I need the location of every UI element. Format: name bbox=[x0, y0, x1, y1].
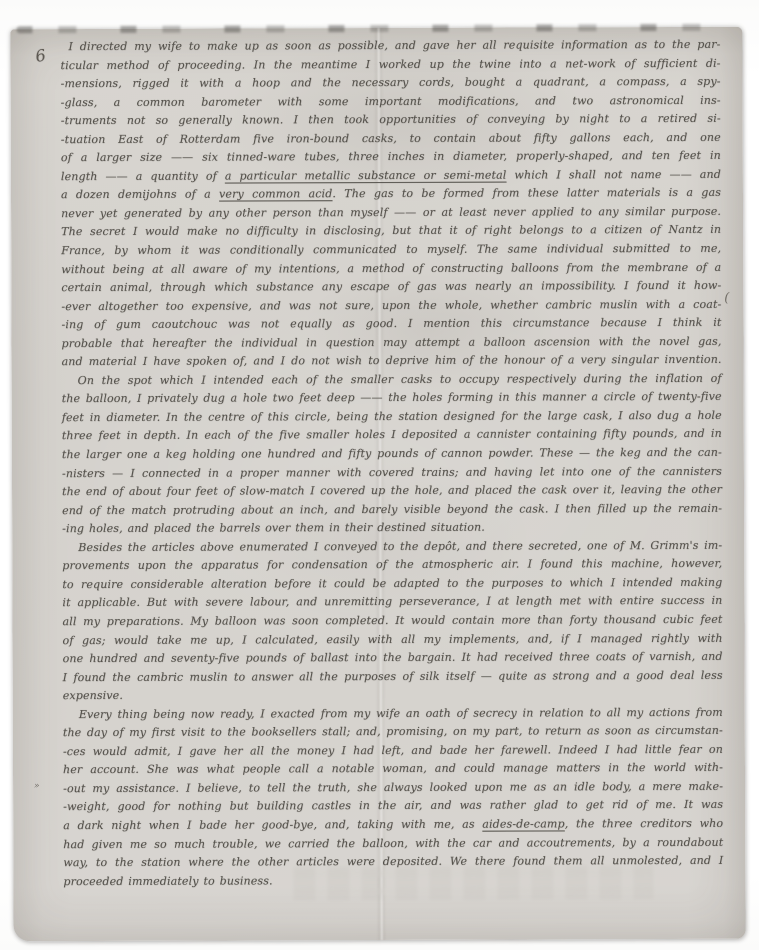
manuscript-line: -ing holes, and placed the barrels over … bbox=[62, 518, 722, 539]
manuscript-line: I directed my wife to make up as soon as… bbox=[60, 36, 720, 57]
manuscript-line: -out my assistance. I believe, to tell t… bbox=[63, 778, 723, 799]
manuscript-line: a dark night when I bade her good-bye, a… bbox=[63, 815, 723, 836]
manuscript-line: I found the cambric muslin to answer all… bbox=[63, 666, 723, 687]
manuscript-line: of gas; would take me up, I calculated, … bbox=[63, 629, 723, 650]
manuscript-line: -tuation East of Rotterdam five iron-bou… bbox=[61, 129, 721, 150]
manuscript-line: it applicable. But with severe labour, a… bbox=[62, 592, 722, 613]
manuscript-line: length —— a quantity of a particular met… bbox=[61, 166, 721, 187]
manuscript-line: ticular method of proceeding. In the mea… bbox=[61, 54, 721, 75]
page-number: 6 bbox=[34, 45, 47, 66]
manuscript-line: -truments not so generally known. I then… bbox=[61, 110, 721, 131]
manuscript-text-body: I directed my wife to make up as soon as… bbox=[60, 36, 723, 891]
scanned-page: 6 ( » I directed my wife to make up as s… bbox=[0, 0, 759, 950]
manuscript-line: to require considerable alteration befor… bbox=[62, 574, 722, 595]
manuscript-line: a dozen demijohns of a very common acid.… bbox=[61, 184, 721, 205]
manuscript-line: provements upon the apparatus for conden… bbox=[62, 555, 722, 576]
manuscript-line: -ces would admit, I gave her all the mon… bbox=[63, 741, 723, 762]
manuscript-line: end of the match protruding about an inc… bbox=[62, 499, 722, 520]
manuscript-paragraph: I directed my wife to make up as soon as… bbox=[60, 36, 721, 372]
manuscript-line: three feet in depth. In each of the five… bbox=[62, 425, 722, 446]
manuscript-line: France, by whom it was conditionally com… bbox=[61, 240, 721, 261]
manuscript-line: -glass, a common barometer with some imp… bbox=[61, 91, 721, 112]
manuscript-line: certain animal, through which substance … bbox=[61, 277, 721, 298]
manuscript-paragraph: Every thing being now ready, I exacted f… bbox=[63, 703, 724, 891]
manuscript-line: -ever altogether too expensive, and was … bbox=[61, 295, 721, 316]
manuscript-line: her account. She was what people call a … bbox=[63, 759, 723, 780]
manuscript-line: proceeded immediately to business. bbox=[63, 870, 723, 891]
manuscript-line: probable that hereafter the individual i… bbox=[61, 333, 721, 354]
manuscript-line: On the spot which I intended each of the… bbox=[62, 370, 722, 391]
manuscript-line: -mensions, rigged it with a hoop and the… bbox=[61, 73, 721, 94]
manuscript-paragraph: Besides the articles above enumerated I … bbox=[62, 537, 723, 706]
manuscript-line: expensive. bbox=[63, 685, 723, 706]
manuscript-line: the larger one a keg holding one hundred… bbox=[62, 444, 722, 465]
manuscript-line: feet in diameter. In the centre of this … bbox=[62, 407, 722, 428]
manuscript-line: had given me so much trouble, we carried… bbox=[63, 833, 723, 854]
manuscript-line: way, to the station where the other arti… bbox=[63, 852, 723, 873]
manuscript-line: -ing of gum caoutchouc was not equally a… bbox=[61, 314, 721, 335]
manuscript-line: and material I have spoken of, and I do … bbox=[62, 351, 722, 372]
manuscript-line: never yet generated by any other person … bbox=[61, 203, 721, 224]
manuscript-line: -nisters — I connected in a proper manne… bbox=[62, 462, 722, 483]
manuscript-line: the balloon, I privately dug a hole two … bbox=[62, 388, 722, 409]
stray-ink-mark: ( bbox=[724, 291, 729, 306]
manuscript-line: the end of about four feet of slow-match… bbox=[62, 481, 722, 502]
manuscript-line: one hundred and seventy-five pounds of b… bbox=[63, 648, 723, 669]
manuscript-paragraph: On the spot which I intended each of the… bbox=[62, 370, 723, 539]
manuscript-line: without being at all aware of my intenti… bbox=[61, 258, 721, 279]
manuscript-line: the day of my first visit to the booksel… bbox=[63, 722, 723, 743]
manuscript-line: The secret I would make no difficulty in… bbox=[61, 221, 721, 242]
manuscript-line: Besides the articles above enumerated I … bbox=[62, 537, 722, 558]
manuscript-line: all my preparations. My balloon was soon… bbox=[62, 611, 722, 632]
manuscript-line: -weight, good for nothing but building c… bbox=[63, 796, 723, 817]
stray-ink-mark: » bbox=[34, 781, 40, 791]
manuscript-line: of a larger size —— six tinned-ware tube… bbox=[61, 147, 721, 168]
manuscript-line: Every thing being now ready, I exacted f… bbox=[63, 703, 723, 724]
manuscript-paper: 6 ( » I directed my wife to make up as s… bbox=[10, 27, 745, 942]
